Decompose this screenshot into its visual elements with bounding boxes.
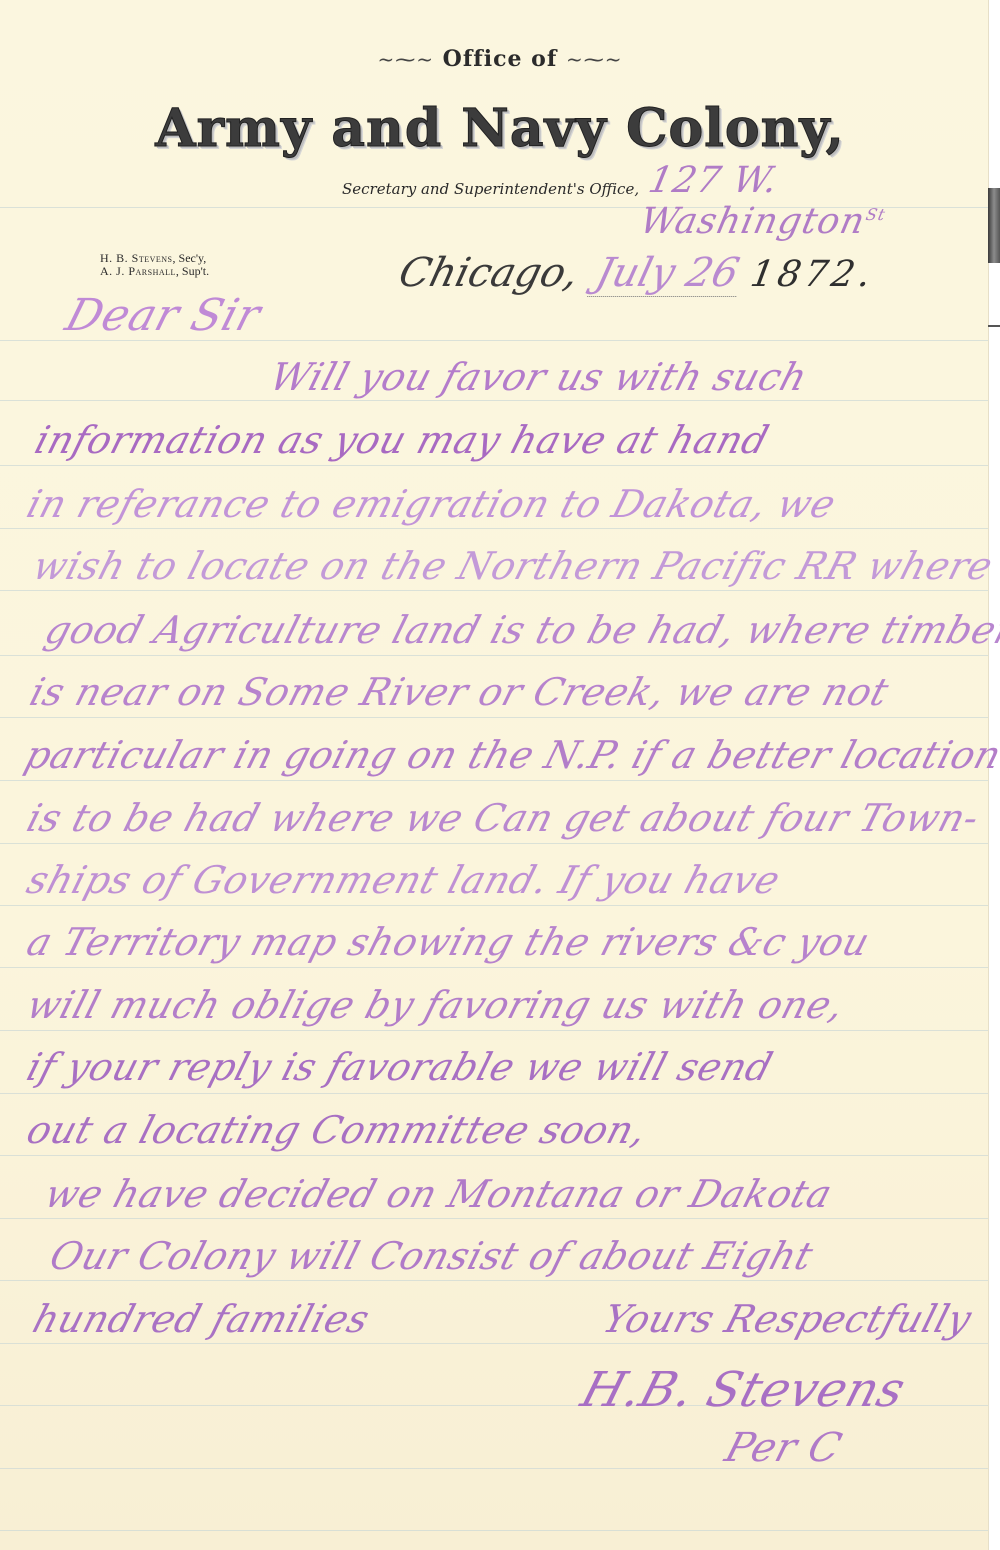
- dateline-year: 1872.: [747, 254, 877, 295]
- per-initial: Per C: [720, 1425, 847, 1471]
- officer-name: H. B. Stevens: [100, 251, 173, 265]
- ruled-line: [0, 1093, 988, 1094]
- letter-line: good Agriculture land is to be had, wher…: [40, 608, 1000, 652]
- scan-edge-dash: [988, 325, 1000, 327]
- ruled-line: [0, 1343, 988, 1344]
- closing: Yours Respectfully: [598, 1297, 977, 1341]
- ruled-line: [0, 590, 988, 591]
- letter-line: is near on Some River or Creek, we are n…: [25, 670, 894, 714]
- letter-line: Will you favor us with such: [265, 355, 813, 399]
- ruled-line: [0, 1530, 988, 1531]
- officer-superintendent: A. J. Parshall, Sup't.: [100, 265, 209, 278]
- salutation: Dear Sir: [60, 290, 266, 341]
- ruled-line: [0, 1030, 988, 1031]
- letter-line: in referance to emigration to Dakota, we: [22, 482, 841, 526]
- ruled-line: [0, 465, 988, 466]
- dateline: Chicago, July 26 1872.: [400, 250, 874, 300]
- letter-line: wish to locate on the Northern Pacific R…: [28, 544, 998, 588]
- dateline-city: Chicago,: [394, 250, 583, 296]
- ruled-line: [0, 1280, 988, 1281]
- officers-list: H. B. Stevens, Sec'y, A. J. Parshall, Su…: [100, 252, 209, 278]
- organization-name: Army and Navy Colony,: [0, 98, 1000, 159]
- dateline-date: July 26: [587, 250, 748, 297]
- letter-line: ships of Government land. If you have: [22, 858, 785, 902]
- letter-line: a Territory map showing the rivers &c yo…: [22, 920, 875, 964]
- ruled-line: [0, 905, 988, 906]
- letter-line: Our Colony will Consist of about Eight: [45, 1234, 818, 1278]
- letter-line: will much oblige by favoring us with one…: [22, 983, 850, 1027]
- flourish-left-icon: ~⁓~: [377, 47, 434, 71]
- ruled-line: [0, 717, 988, 718]
- letter-line: we have decided on Montana or Dakota: [40, 1172, 837, 1216]
- letter-line: information as you may have at hand: [30, 418, 774, 462]
- ruled-line: [0, 528, 988, 529]
- letter-paper: ~⁓~ Office of ~⁓~ Army and Navy Colony, …: [0, 0, 989, 1550]
- letter-line: if your reply is favorable we will send: [22, 1045, 778, 1089]
- ruled-line: [0, 1155, 988, 1156]
- address-text: 127 W. Washington: [636, 160, 869, 242]
- office-line: Secretary and Superintendent's Office,: [342, 180, 639, 198]
- officer-title: , Sec'y,: [173, 251, 207, 265]
- scan-edge-mark: [988, 188, 1000, 263]
- ruled-line: [0, 843, 988, 844]
- ruled-line: [0, 780, 988, 781]
- handwritten-address: 127 W. WashingtonSt: [636, 160, 996, 242]
- office-of-text: Office of: [443, 46, 558, 72]
- signature: H.B. Stevens: [575, 1362, 912, 1418]
- ruled-line: [0, 967, 988, 968]
- address-suffix: St: [864, 205, 887, 224]
- ruled-line: [0, 1218, 988, 1219]
- officer-name: A. J. Parshall: [100, 264, 176, 278]
- letterhead-office-of: ~⁓~ Office of ~⁓~: [0, 46, 1000, 72]
- letter-line: out a locating Committee soon,: [22, 1108, 652, 1152]
- officer-title: , Sup't.: [176, 264, 209, 278]
- letter-line: particular in going on the N.P. if a bet…: [20, 733, 1000, 777]
- letter-line: is to be had where we Can get about four…: [22, 796, 984, 840]
- flourish-right-icon: ~⁓~: [566, 47, 623, 71]
- ruled-line: [0, 1468, 988, 1469]
- ruled-line: [0, 655, 988, 656]
- letter-line: hundred families: [28, 1297, 375, 1341]
- ruled-line: [0, 400, 988, 401]
